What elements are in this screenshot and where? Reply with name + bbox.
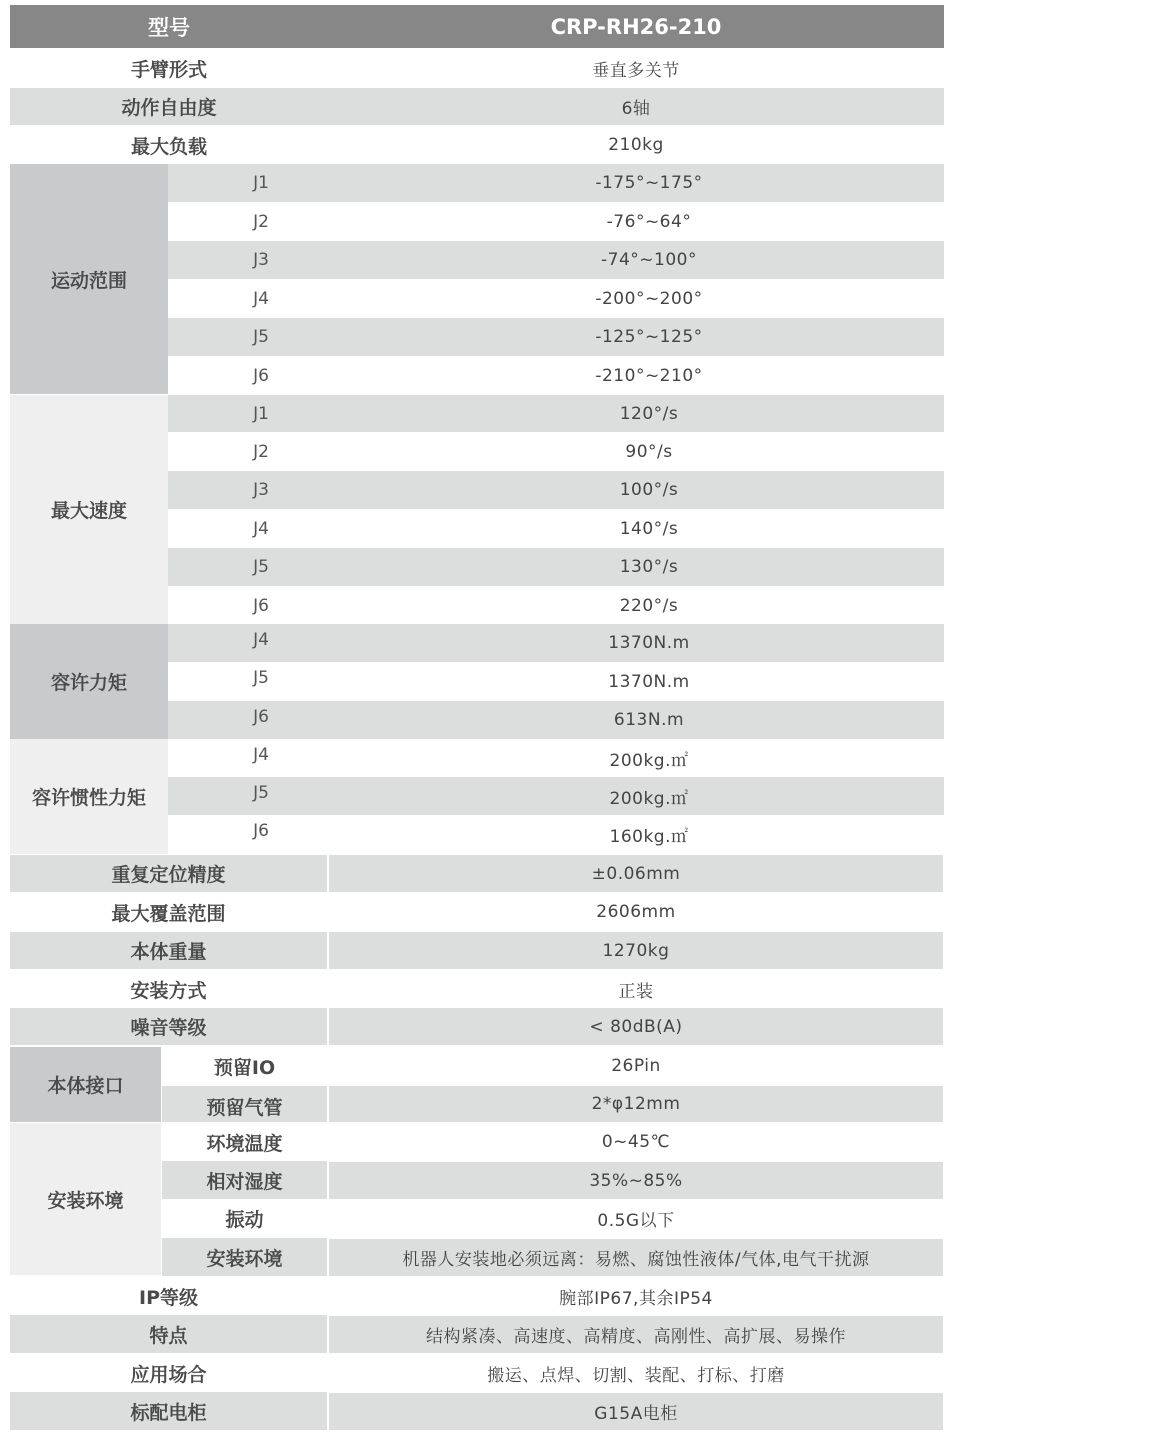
spec-label-mounting: 安装方式 (10, 970, 327, 1008)
spec-value-payload: 210kg (328, 126, 944, 164)
joint-value: 200kg.㎡ (354, 739, 944, 777)
joint-label: J5 (168, 777, 354, 815)
spec-label-controller: 标配电柜 (10, 1392, 327, 1430)
joint-value: -175°~175° (354, 164, 944, 202)
spec-value-arm-type: 垂直多关节 (328, 49, 944, 87)
joint-label: J4 (168, 624, 354, 662)
interface-value-air: 2*φ12mm (329, 1086, 943, 1122)
joint-value: 613N.m (354, 701, 944, 739)
spec-value-dof: 6轴 (328, 88, 944, 125)
joint-value: 120°/s (354, 395, 944, 432)
spec-value-features: 结构紧凑、高速度、高精度、高刚性、高扩展、易操作 (329, 1316, 943, 1353)
header-model-cell: CRP-RH26-210 (328, 5, 944, 48)
spec-label-ip-rating: IP等级 (10, 1277, 327, 1315)
spec-label-payload: 最大负载 (10, 126, 328, 164)
spec-label-dof: 动作自由度 (10, 88, 328, 125)
spec-value-weight: 1270kg (329, 932, 943, 969)
env-value-humidity: 35%~85% (329, 1162, 943, 1199)
env-label-vibration: 振动 (162, 1199, 327, 1237)
joint-label: J2 (168, 433, 354, 471)
joint-value: 130°/s (354, 548, 944, 586)
env-label-humidity: 相对湿度 (162, 1161, 327, 1199)
joint-value: 160kg.㎡ (354, 815, 944, 854)
interface-label-io: 预留IO (162, 1047, 327, 1085)
spec-value-repeatability: ±0.06mm (329, 855, 943, 892)
spec-value-mounting: 正装 (329, 970, 943, 1008)
joint-label: J6 (168, 701, 354, 739)
joint-value: -74°~100° (354, 241, 944, 279)
joint-label: J6 (168, 357, 354, 394)
group-label-allowable-torque: 容许力矩 (10, 624, 168, 739)
joint-value: 220°/s (354, 587, 944, 624)
env-label-environment: 安装环境 (162, 1238, 327, 1276)
spec-label-applications: 应用场合 (10, 1354, 327, 1392)
joint-value: -125°~125° (354, 318, 944, 356)
env-value-environment: 机器人安装地必须远离：易燃、腐蚀性液体/气体,电气干扰源 (329, 1239, 943, 1276)
joint-label: J3 (168, 471, 354, 509)
joint-label: J3 (168, 241, 354, 279)
joint-label: J1 (168, 395, 354, 432)
joint-label: J5 (168, 548, 354, 586)
group-label-max-speed: 最大速度 (10, 395, 168, 624)
spec-value-controller: G15A电柜 (329, 1393, 943, 1430)
group-label-allowable-inertia: 容许惯性力矩 (10, 739, 168, 854)
group-label-install-env: 安装环境 (10, 1123, 161, 1275)
spec-label-repeatability: 重复定位精度 (10, 855, 327, 892)
joint-value: 1370N.m (354, 662, 944, 701)
joint-label: J1 (168, 164, 354, 202)
group-label-body-interface: 本体接口 (10, 1047, 161, 1122)
spec-value-ip-rating: 腕部IP67,其余IP54 (329, 1277, 943, 1315)
interface-value-io: 26Pin (329, 1047, 943, 1085)
group-label-motion-range: 运动范围 (10, 164, 168, 394)
joint-value: -200°~200° (354, 280, 944, 318)
joint-value: 100°/s (354, 471, 944, 509)
joint-label: J5 (168, 318, 354, 356)
interface-label-air: 预留气管 (162, 1086, 327, 1122)
joint-label: J4 (168, 510, 354, 548)
env-value-vibration: 0.5G以下 (329, 1199, 943, 1237)
joint-label: J4 (168, 739, 354, 777)
joint-value: 140°/s (354, 510, 944, 548)
joint-value: 200kg.㎡ (354, 777, 944, 815)
joint-value: 1370N.m (354, 624, 944, 662)
env-label-temperature: 环境温度 (162, 1123, 327, 1161)
joint-label: J6 (168, 815, 354, 854)
spec-label-noise: 噪音等级 (10, 1008, 327, 1045)
spec-label-weight: 本体重量 (10, 932, 327, 969)
spec-value-applications: 搬运、点焊、切割、装配、打标、打磨 (329, 1354, 943, 1392)
joint-value: -76°~64° (354, 203, 944, 241)
env-value-temperature: 0~45℃ (329, 1123, 943, 1161)
spec-label-arm-type: 手臂形式 (10, 49, 328, 87)
spec-value-max-reach: 2606mm (329, 893, 943, 931)
joint-label: J4 (168, 280, 354, 318)
joint-label: J2 (168, 203, 354, 241)
spec-label-features: 特点 (10, 1315, 327, 1353)
spec-label-max-reach: 最大覆盖范围 (10, 893, 327, 931)
joint-value: 90°/s (354, 433, 944, 471)
spec-value-noise: < 80dB(A) (329, 1008, 943, 1045)
header-label-cell: 型号 (10, 5, 328, 48)
joint-value: -210°~210° (354, 357, 944, 394)
joint-label: J5 (168, 662, 354, 701)
joint-label: J6 (168, 587, 354, 624)
